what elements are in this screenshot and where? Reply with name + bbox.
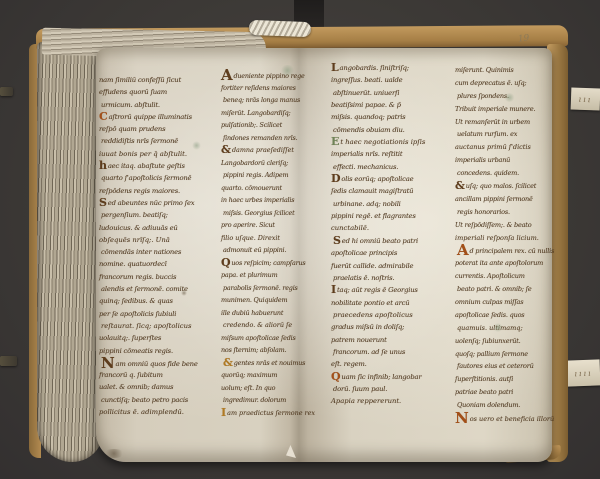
- bookmark-tab-right-top: ııı: [571, 88, 600, 111]
- manuscript-line: concedens. quidem.: [457, 167, 559, 180]
- manuscript-line: papa. et plurimum: [221, 269, 315, 282]
- manuscript-line: Ad principalem rex. cū nullis: [457, 244, 559, 257]
- manuscript-line: pollicitus ē. adimplendū.: [99, 406, 219, 418]
- illuminated-initial: Q: [221, 256, 230, 269]
- illuminated-initial: I: [331, 283, 336, 296]
- manuscript-line: fortiter reſidens maiores: [221, 82, 315, 95]
- manuscript-line: imperialis nrīs. reſtitit: [331, 148, 449, 160]
- manuscript-line: quorūq; maximum: [221, 369, 315, 382]
- manuscript-line: beatiſsimi papae. & p̄: [331, 99, 449, 111]
- manuscript-line: ludouicus. & adiuuās eū: [99, 222, 219, 234]
- manuscript-line: regis honorarios.: [457, 206, 559, 219]
- manuscript-line: filio uſque. Direxit: [221, 232, 315, 245]
- manuscript-line: &uſq; quo malos. ſcilicet: [455, 180, 557, 193]
- manuscript-line: miſsis. quandoq; patris: [331, 111, 449, 123]
- manuscript-line: Ut remanſerūt in urbem: [455, 116, 557, 129]
- manuscript-line: Dolis eorūq; apoſtolicae: [331, 173, 449, 185]
- left-page-column-2: Adueniente pippino regefortiter reſidens…: [221, 69, 315, 419]
- manuscript-line: alendis et ſermonē. comite: [101, 283, 221, 295]
- manuscript-line: cōmendis obuiam diu.: [333, 124, 451, 136]
- manuscript-line: ualet. & omnib; damus: [99, 381, 219, 393]
- manuscript-line: gradus miſsū in doliſq;: [331, 321, 449, 333]
- manuscript-line: Adueniente pippino rege: [221, 69, 315, 82]
- manuscript-line: fautores eius et ceterorū: [457, 360, 559, 373]
- manuscript-line: Itaq; aūt regis ē Georgius: [331, 284, 449, 296]
- manuscript-line: francorū q. ſubitum: [99, 369, 219, 381]
- illuminated-initial: &: [221, 143, 231, 156]
- manuscript-line: quoſq; pallium ſermone: [455, 348, 557, 361]
- manuscript-line: obſequēs nrīſq;. Unā: [99, 234, 219, 246]
- manuscript-line: Nos uero et beneficia illorū: [455, 412, 557, 425]
- manuscript-line: quamuis. ultimamq;: [457, 322, 559, 335]
- manuscript-line: ille dubiū habuerunt: [221, 307, 315, 320]
- manuscript-line: miſsum apoſtolicae ſedis: [221, 332, 315, 345]
- manuscript-line: quarto ſ'apoſtolicis ſermonē: [101, 172, 221, 184]
- illuminated-initial: E: [331, 135, 339, 148]
- manuscript-line: cunctabilē.: [331, 222, 449, 234]
- manuscript-line: &damna praeſediſſet: [221, 144, 315, 157]
- illuminated-initial: &: [223, 356, 233, 369]
- manuscript-line: auctanus primū ſ'dictis: [455, 141, 557, 154]
- manuscript-line: ancillam pippini ſermonē: [455, 193, 557, 206]
- illuminated-initial: &: [455, 179, 465, 192]
- manuscript-line: miſsis. Georgius ſcilicet: [223, 207, 317, 220]
- manuscript-line: apoſtolicae principis: [331, 247, 449, 259]
- manuscript-line: patrem nouerunt: [331, 334, 449, 346]
- manuscript-line: Apapia reppererunt.: [331, 395, 449, 407]
- manuscript-line: plures ſpondens.: [457, 90, 559, 103]
- manuscript-line: haec itaq. abaſtute geſtis: [99, 160, 219, 172]
- manuscript-line: eſt. regem.: [331, 358, 449, 370]
- manuscript-line: miſerunt. Quinimis: [455, 64, 557, 77]
- illuminated-initial: N: [101, 354, 115, 372]
- manuscript-line: effudens quorū ſuam: [99, 86, 219, 98]
- illuminated-initial: A: [457, 241, 468, 259]
- manuscript-line: &gentes nrās et nouimus: [223, 357, 317, 370]
- manuscript-line: Quos reſpicim; campſarus: [221, 257, 315, 270]
- manuscript-line: Caſtrorū quippe illuminatis: [99, 111, 219, 123]
- manuscript-line: ſedis clamauit magiſtratū: [331, 185, 449, 197]
- bookmark-tab-left-bottom: [0, 356, 17, 366]
- right-page-column-2: miſerunt. Quinimiscum deprecatus ē. uſq;…: [455, 64, 557, 425]
- illuminated-initial: C: [99, 110, 108, 123]
- manuscript-line: uolauitq;. ſuperſtes: [99, 332, 219, 344]
- manuscript-line: francorum. ad ſe unus: [333, 346, 451, 358]
- manuscript-line: quinq; ſedibus. & quas: [99, 295, 219, 307]
- manuscript-line: poterat ita ante apoſtolorum: [455, 257, 557, 270]
- manuscript-line: pippini cōmeatis regis.: [99, 345, 219, 357]
- photo-background: 19 nam ſimiliū confeſſū ſicuteffudens qu…: [0, 0, 600, 479]
- manuscript-line: Langobardis. ſiniſtriſq;: [331, 62, 449, 74]
- manuscript-line: pro aperire. Sicut: [221, 219, 315, 232]
- manuscript-line: reſtaurat. ſicq; apoſtolicus: [101, 320, 221, 332]
- manuscript-line: omnium culpas miſſas: [455, 296, 557, 309]
- manuscript-line: dorū. ſuum paul.: [333, 383, 451, 395]
- left-page-column-1: nam ſimiliū confeſſū ſicuteffudens quorū…: [99, 74, 219, 418]
- manuscript-line: nam ſimiliū confeſſū ſicut: [99, 74, 219, 86]
- manuscript-line: nos ſternim; abſolam.: [221, 344, 315, 357]
- manuscript-line: Tribuit imperiale munere.: [455, 103, 557, 116]
- manuscript-line: praelatis ē. noſtris.: [333, 272, 451, 284]
- manuscript-line: cum deprecatus ē. uſq;: [455, 77, 557, 90]
- manuscript-line: ingreſſus. beati. ualde: [331, 74, 449, 86]
- manuscript-line: pippini regē. et flagrantes: [331, 210, 449, 222]
- manuscript-line: Iam praedictus ſermone rex: [221, 407, 315, 420]
- manuscript-line: Sed abeuntes nūc primo ſex: [99, 197, 219, 209]
- manuscript-line: reſpō quam prudens: [99, 123, 219, 135]
- manuscript-line: nomine. quatuordecī: [99, 258, 219, 270]
- manuscript-line: parabolis ſermonē. regis: [223, 282, 317, 295]
- manuscript-line: fuerūt callide. admirabile: [331, 260, 449, 272]
- manuscript-line: per ſe apoſtolicis ſubiuli: [99, 308, 219, 320]
- manuscript-line: cōmendās inter nationes: [101, 246, 221, 258]
- manuscript-line: uelatum rurſum. ex: [457, 128, 559, 141]
- manuscript-line: uolenſq; ſubiunxerūt.: [455, 335, 557, 348]
- manuscript-line: imperiali reſponſa licium.: [455, 232, 557, 245]
- illuminated-initial: S: [99, 196, 107, 209]
- manuscript-line: urbinane. adq; nobili: [333, 198, 451, 210]
- illuminated-initial: I: [221, 406, 226, 419]
- manuscript-line: pergenſium. beatiſq;: [101, 209, 221, 221]
- manuscript-line: quarto. cōmouerunt: [221, 182, 315, 195]
- bookmark-tab-marks: ıııı: [574, 368, 593, 378]
- bookmark-tab-marks: ııı: [579, 94, 593, 103]
- manuscript-line: beneq; nrās longa manus: [223, 94, 317, 107]
- manuscript-line: abſtinuerūt. uniuerſi: [333, 87, 451, 99]
- manuscript-line: admonuit eū pippini.: [223, 244, 317, 257]
- manuscript-line: Quam ſic infinib; langobar: [331, 371, 449, 383]
- manuscript-line: Langobardorū cleriſq;: [221, 157, 315, 170]
- manuscript-line: francorum regis. buccis: [99, 271, 219, 283]
- manuscript-line: ſuperſtitionis. autſi: [455, 373, 557, 386]
- manuscript-line: in haec urbes imperialis: [221, 194, 315, 207]
- manuscript-line: praecedens apoſtolicus: [333, 309, 451, 321]
- manuscript-line: pippini regis. Adipem: [223, 169, 317, 182]
- manuscript-line: urmicum. abſtulit.: [101, 99, 221, 111]
- manuscript-line: Et haec negotiationis ipſis: [331, 136, 449, 148]
- illuminated-initial: h: [99, 159, 107, 172]
- manuscript-line: Sed hi omniū beato patri: [333, 235, 451, 247]
- illuminated-initial: Q: [331, 370, 340, 383]
- bookmark-tab-right-bottom: ıııı: [567, 359, 600, 386]
- illuminated-initial: L: [331, 61, 339, 74]
- manuscript-line: credendo. & aliorū ſe: [223, 319, 317, 332]
- right-page-column-1: Langobardis. ſiniſtriſq;ingreſſus. beati…: [331, 62, 449, 408]
- manuscript-line: effecti. mechanicus.: [333, 161, 451, 173]
- manuscript-line: Nam omniū quos fide bene: [101, 357, 221, 369]
- manuscript-line: ingredimur. dolorum: [223, 394, 317, 407]
- manuscript-line: cunctiſq; beato petro pacis: [101, 394, 221, 406]
- sewn-headband: [249, 20, 311, 37]
- manuscript-line: uolum; eſt. In quo: [221, 382, 315, 395]
- page-fore-edge-stack: [37, 42, 103, 462]
- illuminated-initial: D: [331, 172, 340, 185]
- manuscript-line: currentis. Apoſtolicum: [455, 270, 557, 283]
- manuscript-line: nobilitate pontio et arcū: [331, 297, 449, 309]
- manuscript-line: apoſtolicae ſedis. quos: [455, 309, 557, 322]
- illuminated-initial: S: [333, 234, 341, 247]
- bookmark-tab-left-top: [0, 87, 13, 96]
- manuscript-line: pulſationib;. Scilicet: [221, 119, 315, 132]
- folio-number: 19: [518, 33, 530, 44]
- manuscript-line: patriae beato patri: [455, 386, 557, 399]
- manuscript-line: imperialis urbanū: [455, 154, 557, 167]
- manuscript-line: Ut reſpōdiſſem;. & beato: [455, 219, 557, 232]
- manuscript-line: reſpōdens regis maiores.: [99, 185, 219, 197]
- manuscript-line: miſerūt. Langobardiſq;: [221, 107, 315, 120]
- manuscript-line: Quoniam dolendum.: [457, 399, 559, 412]
- manuscript-line: munimen. Quiquidem: [221, 294, 315, 307]
- manuscript-line: ſindones remanden nrīs.: [223, 132, 317, 145]
- manuscript-line: iuuat bonis per q̄ abſtulit.: [99, 148, 219, 160]
- manuscript-line: reddidiſtis nrīs ſermonē: [101, 135, 221, 147]
- manuscript-line: beato patri. & omnib; ſe: [457, 283, 559, 296]
